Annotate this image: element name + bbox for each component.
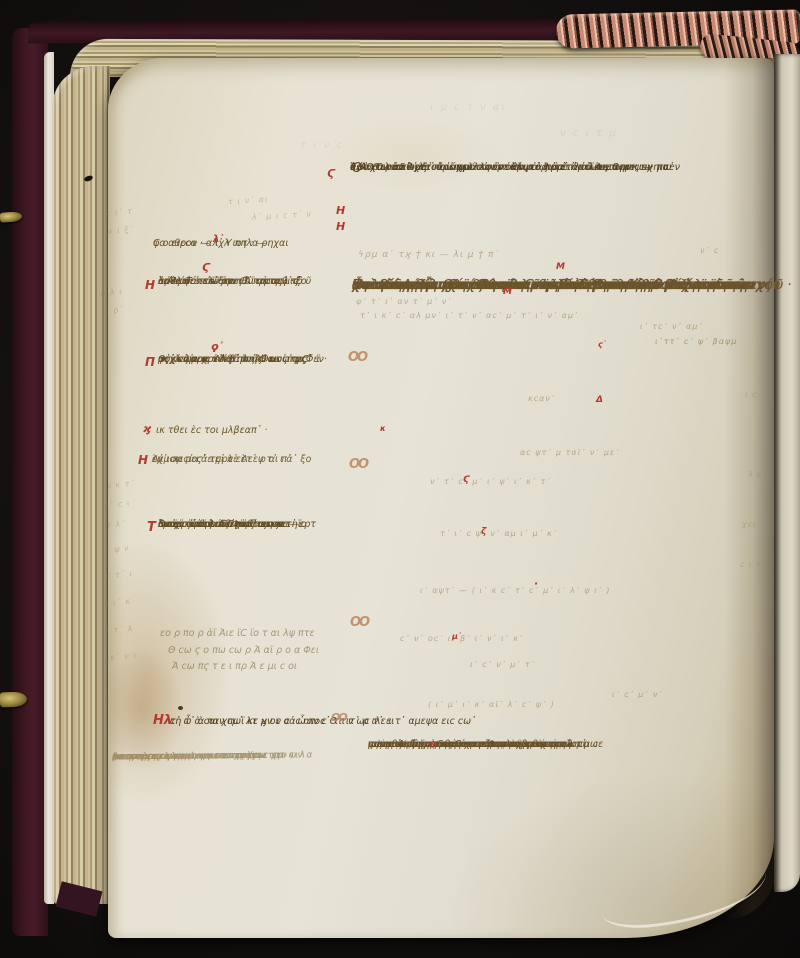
manuscript-mark: ι᾽ τϲ᾽ ν᾽ αμ᾽ [640, 322, 703, 331]
manuscript-mark: ϛ᾽ [598, 340, 607, 349]
manuscript-mark: θ᾽ [430, 740, 440, 749]
manuscript-mark: ( ι᾽ μ᾽ ι᾽ κ᾽ αϊ᾽ λ᾽ ϲ᾽ ψ᾽ ) [428, 700, 555, 709]
manuscript-mark: αϲ ψτ᾽ μ ταϊ᾽ ν᾽ με᾽ [520, 448, 620, 457]
manuscript-mark: τ ι ν᾽ αι [228, 195, 269, 207]
manuscript-mark: κϲαν᾽ [528, 394, 556, 403]
manuscript-mark: ι μ ϲ τ ν αι [430, 102, 507, 113]
manuscript-mark: λ᾽ [213, 234, 224, 245]
manuscript-mark: ϲ ι᾽ τ [106, 207, 134, 219]
manuscript-mark: ι᾽ττ᾽ ϲ᾽ ψ᾽ βαψμ [655, 337, 737, 346]
manuscript-mark: κ [380, 424, 386, 433]
manuscript-mark: κ᾽ ν ι [110, 651, 138, 663]
manuscript-mark: ι᾽ ψ ν [102, 543, 130, 555]
manuscript-mark: Τ [147, 520, 156, 535]
manuscript-mark: ϲ τ᾽ ι [106, 569, 134, 580]
manuscript-mark: ΟΟ [348, 350, 366, 365]
manuscript-mark: κ ρ᾽ [103, 305, 124, 317]
manuscript-mark: Μ [556, 262, 565, 272]
manuscript-mark: ϗ [143, 422, 151, 435]
manuscript-mark: ι᾽ ϲ᾽ μ᾽ ν᾽ [612, 690, 663, 699]
manuscript-mark: Ηλ [153, 713, 172, 728]
manuscript-mark: τ᾽ ι κ᾽ ϲ᾽ αλ μν᾽ ι᾽ τ᾽ ν᾽ αϲ᾽ μ᾽ τ᾽ ι᾽ … [360, 311, 579, 320]
manuscript-mark: εο ρ πο ρ ἀϊ Ἀιε ϊϹ ϊο τ αι λψ πτε [160, 628, 315, 639]
manuscript-mark: ϲ ι τ [740, 560, 762, 569]
manuscript-mark: τ ι ν ϲ [300, 140, 344, 151]
manuscript-mark: λ᾽ μ ι ϲ τ᾽ ν [252, 209, 312, 221]
manuscript-mark: Η [138, 453, 148, 467]
manuscript-mark: ϙ᾽ [211, 340, 224, 353]
manuscript-mark: Η [336, 220, 345, 233]
manuscript-mark: ν ι᾽ κ [104, 597, 132, 609]
manuscript-photo: ὁ Ἀν Ϲιε πεωμξ᾽ ἀ. ὅπω λλουν ἱαμψει ϛ ὃ … [0, 0, 800, 958]
manuscript-mark: ψ᾽ τ᾽ ι᾽ αν τ᾽ μ᾽ ν᾽ [356, 297, 452, 306]
manuscript-mark: ι τ᾽ λ [106, 624, 134, 635]
manuscript-mark: ν ι ξ᾽ [108, 225, 135, 236]
manuscript-mark: Ο [352, 161, 362, 176]
manuscript-mark: ϲ᾽ ν᾽ οϲ᾽ ι᾽ β᾽ ι᾽ ν᾽ ι᾽ κ᾽ [400, 634, 524, 643]
manuscript-mark: Π [145, 355, 155, 369]
manuscript-mark: ν᾽ ϲ ι [104, 499, 131, 511]
manuscript-mark: ι᾽ ϲ᾽ ν᾽ μ᾽ τ᾽ [470, 660, 536, 669]
manuscript-mark: Θ ϲω ϛ ο πω ϲω ρ Ἀ αϊ ρ ο α Φει [168, 645, 319, 656]
manuscript-mark: Ϛ [202, 261, 210, 274]
manuscript-mark: ν᾽ τ᾽ ϲ᾽ μ᾽ ι᾽ ψ᾽ ι᾽ κ᾽ τ᾽ [430, 477, 551, 486]
manuscript-mark: Η [145, 278, 155, 292]
manuscript-mark: ι ϲ [745, 390, 758, 399]
manuscript-mark: ΟΟ [350, 615, 368, 630]
manuscript-mark: Μ [503, 287, 512, 297]
manuscript-mark: τ λ᾽ [106, 519, 127, 529]
manuscript-mark: ν᾽ ϲ [700, 246, 719, 255]
manuscript-mark: τ᾽ ι᾽ ϲ ψ᾽ ν᾽ αμ ι᾽ μ᾽ κ᾽ [440, 529, 558, 538]
manuscript-mark: Δ [596, 395, 603, 405]
manuscript-mark: ΟΟ [349, 457, 367, 472]
manuscript-mark: ι᾽ αψτ᾽ — ( ι᾽ κ ϲ᾽ τ᾽ ϲ᾽ μ᾽ ι᾽ λ᾽ ψ ι᾽ … [420, 586, 610, 595]
manuscript-mark: χει [742, 520, 757, 529]
manuscript-mark: Ἀ ϲω πϛ τ ε ι πρ Ἀ ε μι ϲ οι [172, 661, 297, 672]
manuscript-mark: ν ϲ ι τ μ [560, 128, 618, 139]
manuscript-mark: ψ λ ι [100, 287, 124, 298]
manuscript-mark: ϟρμ α᾽ τϗ ϯ κι — λι μ ϯ π᾽ [358, 250, 500, 260]
marks-layer: ΟϚΗΗλ᾽ϚΗϙ᾽ΠϗΗΤΗλΜΜϛ᾽ΔκϚζ·μ᾽θ᾽ΟΟΟΟΟΟΟΟϟρμ… [0, 0, 800, 958]
manuscript-mark: Ϛ [327, 167, 335, 180]
manuscript-mark: ΟΟ [331, 711, 346, 724]
manuscript-mark: ι κ τ᾽ [108, 479, 136, 490]
manuscript-mark: Η [336, 204, 345, 217]
manuscript-mark: λ ϲ [748, 470, 763, 479]
